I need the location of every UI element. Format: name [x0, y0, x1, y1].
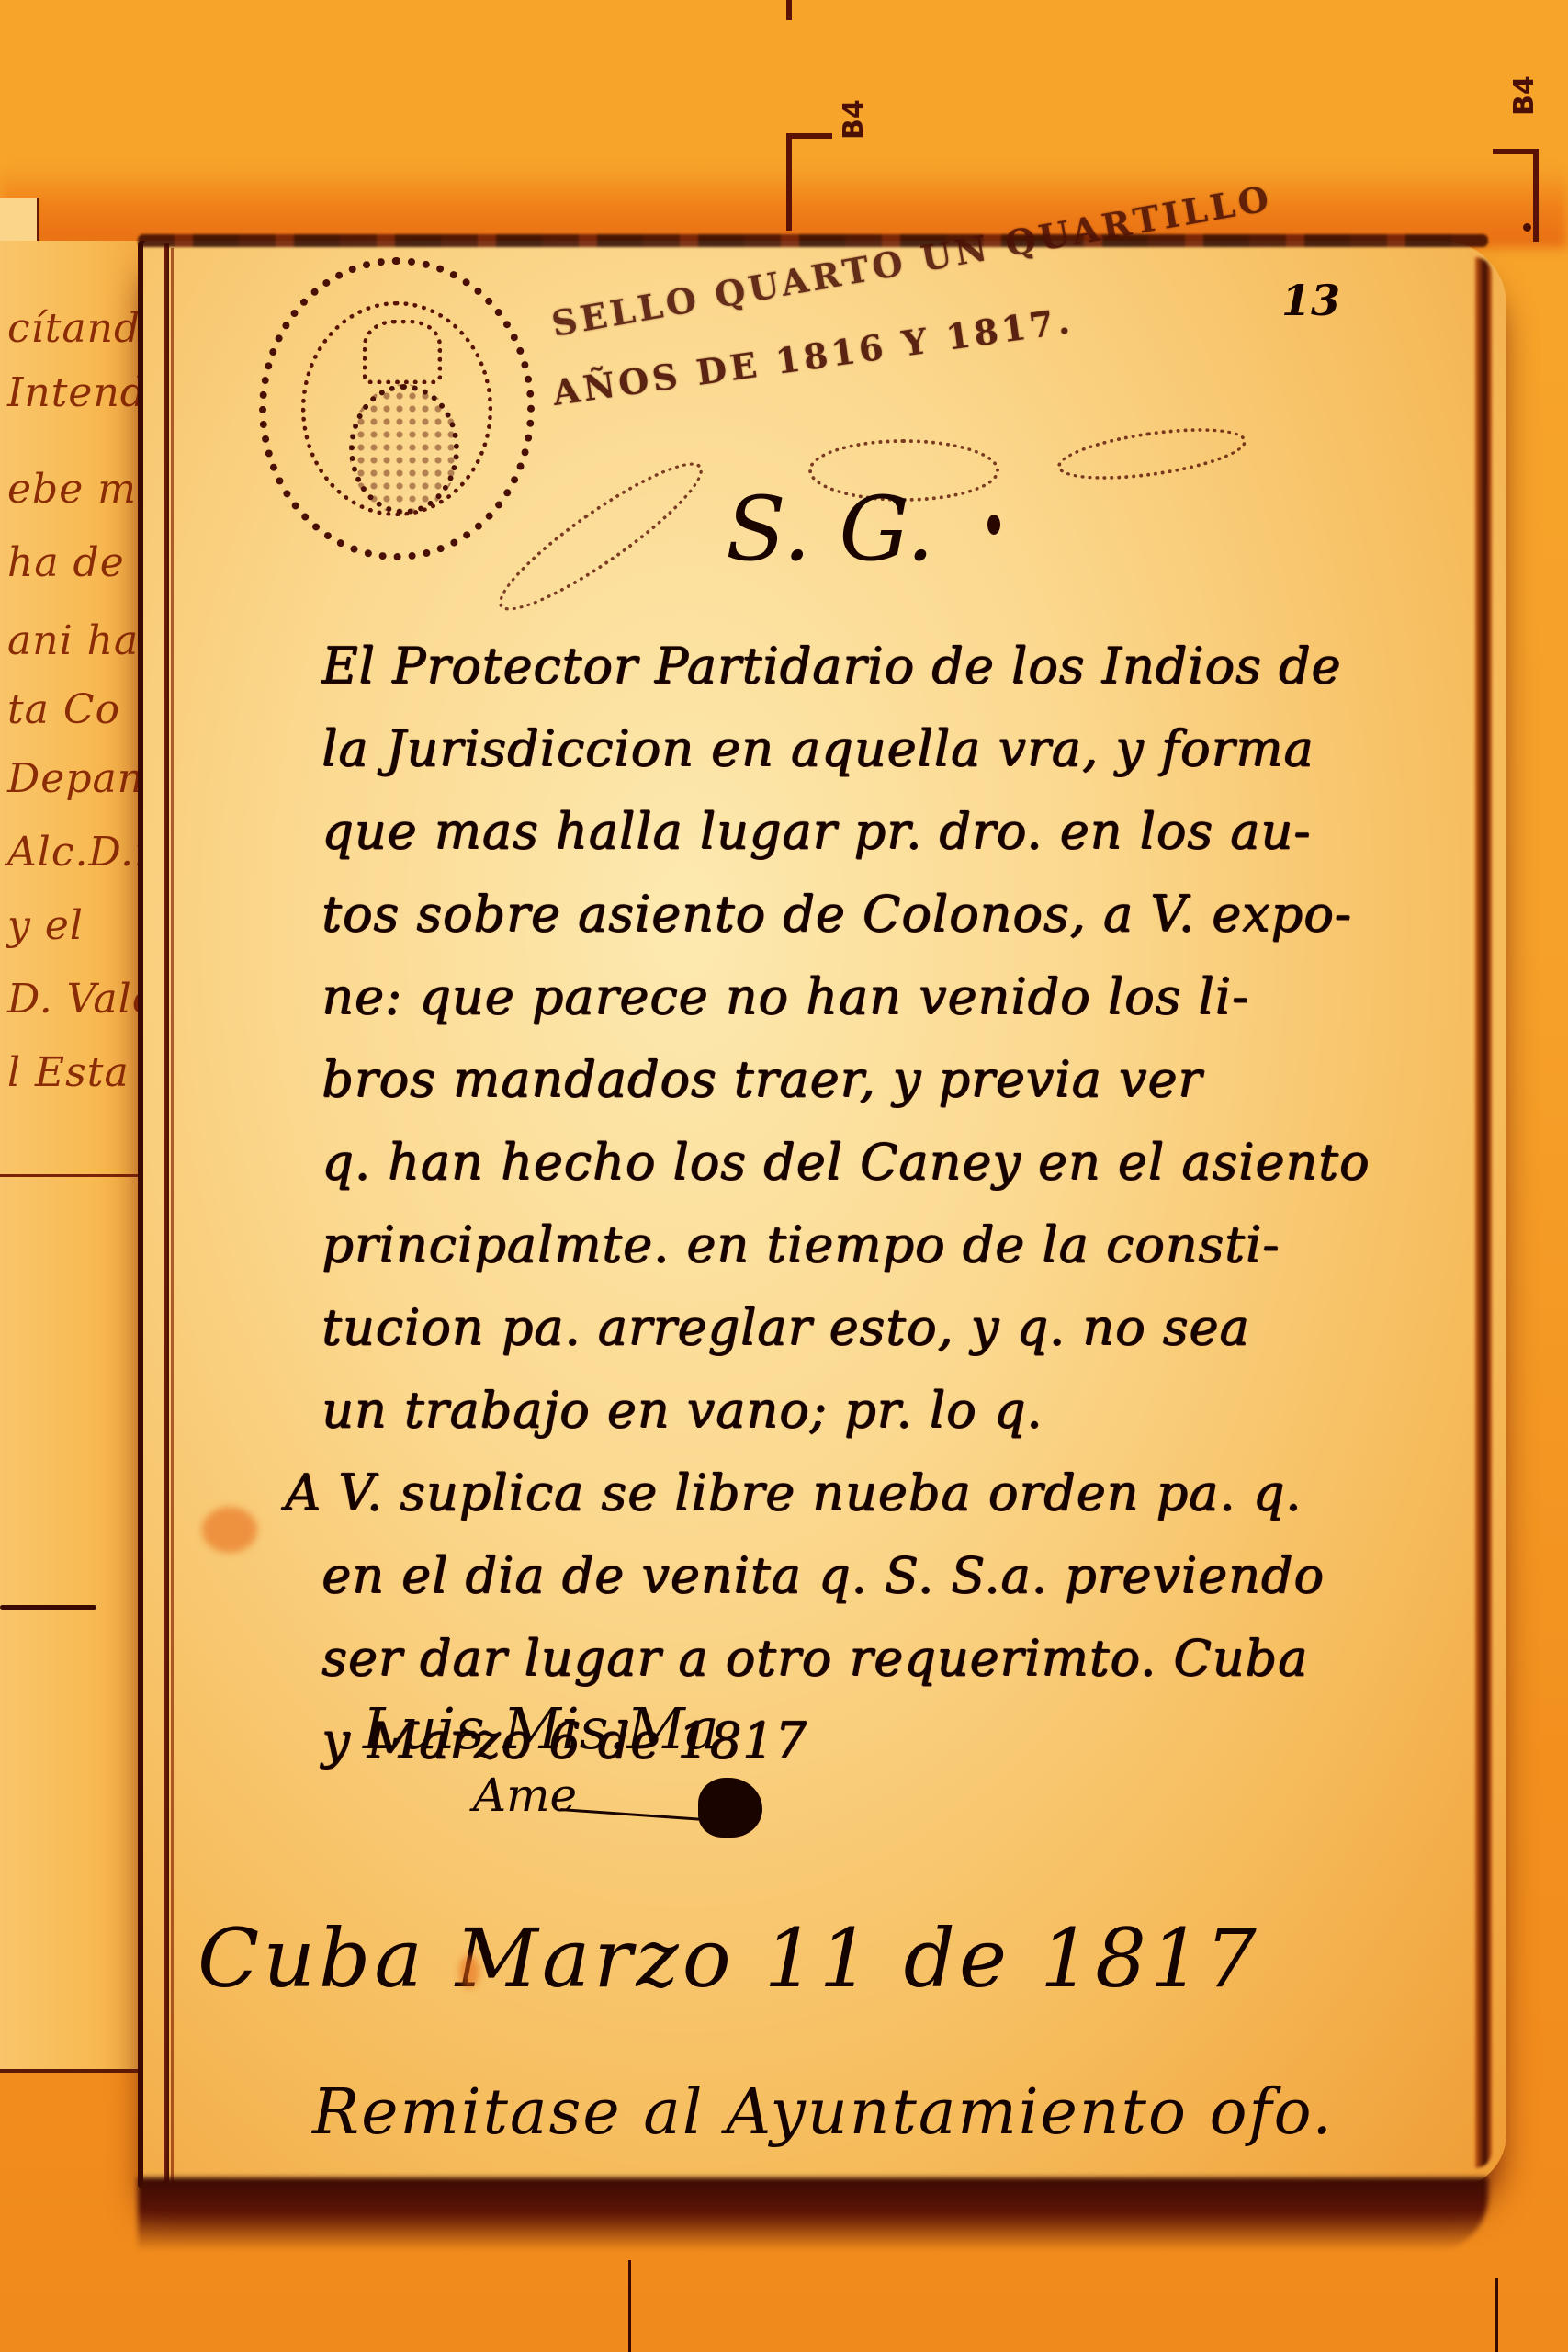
crop-label-right: B4: [1508, 75, 1540, 116]
left-margin-line: ta Co: [7, 686, 120, 733]
crop-mark-bottom-right: [1495, 2278, 1498, 2352]
body-line: tos sobre asiento de Colonos, a V. expo-: [321, 873, 1479, 955]
body-line: un trabajo en vano; pr. lo q.: [321, 1369, 1479, 1452]
body-line: q. han hecho los del Caney en el asiento: [321, 1121, 1479, 1204]
book-spine: [164, 243, 169, 2200]
body-line: ne: que parece no han venido los li-: [321, 955, 1479, 1038]
body-line: en el dia de venita q. S. S.a. previendo: [321, 1534, 1479, 1617]
body-line: la Jurisdiccion en aquella vra, y forma: [321, 707, 1479, 790]
petition-body: El Protector Partidario de los Indios de…: [321, 625, 1479, 1782]
decree-annotation: Remitase al Ayuntamiento ofo.: [312, 2076, 1334, 2149]
crop-label-left: B4: [838, 99, 870, 140]
body-line: principalmte. en tiempo de la consti-: [321, 1204, 1479, 1286]
page-edge-top: [138, 234, 1488, 247]
crop-mark-bottom-left: [628, 2260, 631, 2352]
left-margin-line: ha de: [7, 539, 125, 586]
signature-name: Luis Mis.Ma: [363, 1695, 719, 1762]
royal-seal-stamp: [259, 257, 535, 560]
left-margin-line: y el: [7, 902, 84, 949]
body-line: El Protector Partidario de los Indios de: [321, 625, 1479, 707]
body-line: tucion pa. arreglar esto, y q. no sea: [321, 1286, 1479, 1369]
folio-number: 13: [1281, 276, 1340, 325]
body-line: ser dar lugar a otro requerimto. Cuba: [321, 1617, 1479, 1700]
ink-mark: [987, 514, 1000, 535]
body-line: bros mandados traer, y previa ver: [321, 1038, 1479, 1121]
left-page-tab: [0, 198, 39, 243]
crop-mark-right: [1493, 149, 1539, 242]
body-line: que mas halla lugar pr. dro. en los au-: [321, 790, 1479, 873]
body-line: A V. suplica se libre nueba orden pa. q.: [285, 1452, 1479, 1534]
registration-dot: [1523, 223, 1531, 232]
left-margin-line: l Esta: [7, 1049, 130, 1096]
page-binding-edge: [171, 248, 174, 2187]
coat-of-arms-icon: [349, 384, 459, 514]
paper-stain: [459, 1955, 479, 1988]
crop-mark-left: [786, 133, 832, 231]
crown-icon: [363, 320, 442, 384]
ink-blot: [698, 1778, 762, 1837]
paper-stain: [202, 1507, 257, 1553]
left-page-rule: [0, 1174, 156, 1177]
left-margin-line: cítand: [7, 305, 141, 352]
signature-rubric: Ame: [473, 1769, 577, 1822]
left-margin-line: ani ha: [7, 617, 139, 664]
left-page-dash: [0, 1605, 96, 1610]
place-date: Cuba Marzo 11 de 1817: [197, 1911, 1260, 2006]
page-edge-bottom-shadow: [138, 2177, 1488, 2251]
salutation: S. G.: [726, 478, 934, 581]
crop-tick: [786, 0, 792, 20]
